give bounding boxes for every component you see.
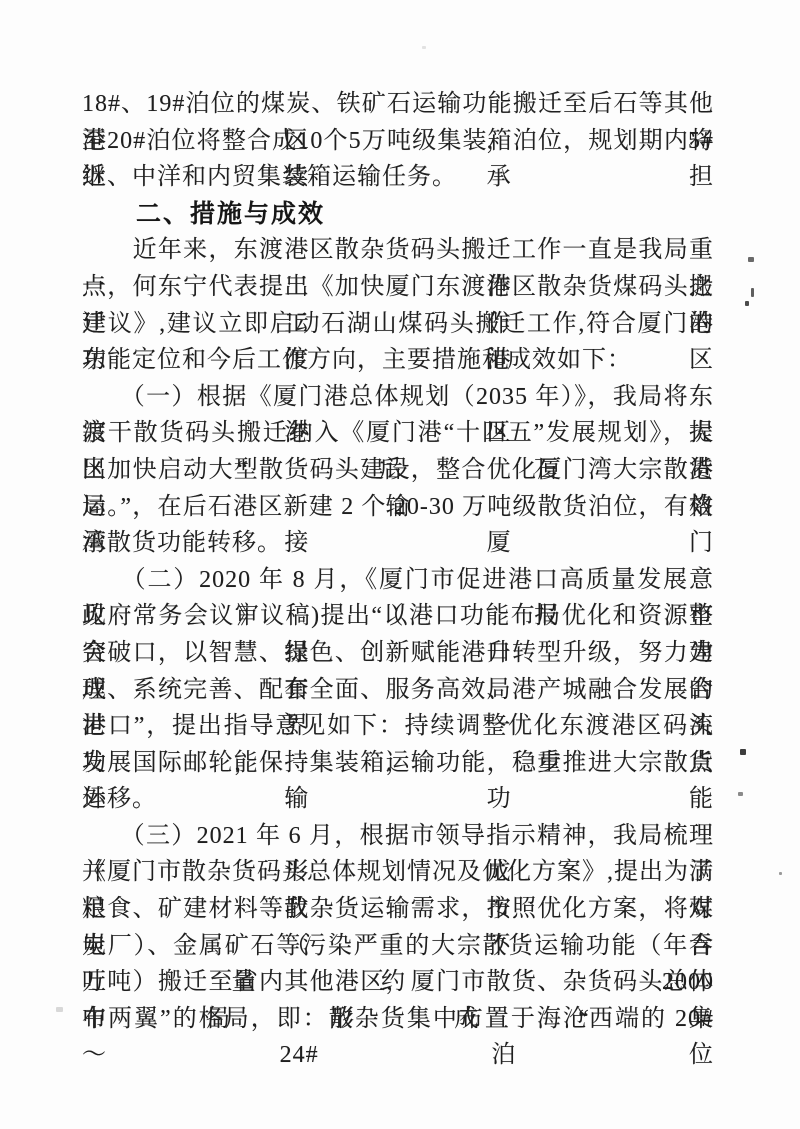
text-line: （三）2021 年 6 月，根据市领导指示精神，我局梳理并形成了	[82, 818, 714, 855]
text-line: 18#、19#泊位的煤炭、铁矿石运输功能搬迁至后石等其他港区，5#	[82, 86, 714, 123]
text-line: 发展国际邮轮，保持集装箱运输功能，稳步推进大宗散货运输功能	[82, 745, 714, 782]
scan-speck	[751, 288, 754, 297]
scan-speck	[748, 257, 754, 262]
text-line: 理、系统完善、配套全面、服务高效、港产城融合发展的世界一流	[82, 672, 714, 709]
text-line: 港口”，提出指导意见如下：持续调整优化东渡港区码头功能，重点	[82, 708, 714, 745]
text-line: 建议》,建议立即启动石湖山煤码头搬迁工作,符合厦门港东渡港区	[82, 306, 714, 343]
section-heading-text: 二、措施与成效	[82, 196, 714, 233]
scan-speck	[422, 46, 426, 49]
paragraph-item-1: （一）根据《厦门港总体规划（2035 年）》，我局将东渡港区大宗干散货码头搬迁纳…	[82, 379, 714, 562]
text-line: 功能定位和今后工作方向，主要措施和成效如下：	[82, 342, 714, 379]
paragraph-item-3: （三）2021 年 6 月，根据市领导指示精神，我局梳理并形成了《厦门市散杂货码…	[82, 818, 714, 1038]
text-line: 一，何东宁代表提出《加快厦门东渡港区散杂货煤码头搬迁工作的	[82, 269, 714, 306]
paragraph-continuation-berths: 18#、19#泊位的煤炭、铁矿石运输功能搬迁至后石等其他港区，5#至20#泊位将…	[82, 86, 714, 196]
text-line: 粮食、矿建材料等散杂货运输需求，按照优化方案，将煤炭（不含	[82, 891, 714, 928]
paragraph-intro: 近年来，东渡港区散杂货码头搬迁工作一直是我局重点工作之一，何东宁代表提出《加快厦…	[82, 232, 714, 378]
scan-speck	[745, 301, 749, 306]
text-line: 中两翼”的格局，即：散杂货集中布置于海沧西端的 20#～24#泊位	[82, 1001, 714, 1038]
scan-speck	[738, 792, 743, 796]
text-line: 万吨）搬迁至省内其他港区，厦门市散货、杂货码头总体布局形成“集	[82, 964, 714, 1001]
text-line: 宗干散货码头搬迁纳入《厦门港“十四五”发展规划》，提出“后石港	[82, 415, 714, 452]
text-line: 近年来，东渡港区散杂货码头搬迁工作一直是我局重点工作之	[82, 232, 714, 269]
document-body: 18#、19#泊位的煤炭、铁矿石运输功能搬迁至后石等其他港区，5#至20#泊位将…	[82, 86, 714, 1037]
scanned-page: 18#、19#泊位的煤炭、铁矿石运输功能搬迁至后石等其他港区，5#至20#泊位将…	[0, 0, 800, 1129]
text-line: 《厦门市散杂货码头总体规划情况及优化方案》,提出为满足我市对	[82, 854, 714, 891]
scan-speck	[779, 872, 782, 875]
text-line: （二）2020 年 8 月，《厦门市促进港口高质量发展意见》（报市	[82, 562, 714, 599]
text-line: 区加快启动大型散货码头建设，整合优化厦门湾大宗散货运输格	[82, 452, 714, 489]
text-line: 突破口，以智慧、绿色、创新赋能港口转型升级，努力建成布局合	[82, 635, 714, 672]
scan-speck	[740, 749, 746, 755]
text-line: 电厂）、金属矿石等污染严重的大宗散货运输功能（年吞吐量约 2000	[82, 928, 714, 965]
scan-speck	[56, 1007, 63, 1012]
text-line: 至20#泊位将整合成10个5万吨级集装箱泊位，规划期内将继续承担	[82, 123, 714, 160]
text-line: （一）根据《厦门港总体规划（2035 年）》，我局将东渡港区大	[82, 379, 714, 416]
paragraph-item-2: （二）2020 年 8 月，《厦门市促进港口高质量发展意见》（报市政府常务会议审…	[82, 562, 714, 818]
section-heading-measures: 二、措施与成效	[82, 196, 714, 233]
text-line: 政府常务会议审议稿)提出“以港口功能布局优化和资源整合提升为	[82, 598, 714, 635]
text-line: 局。”，在后石港区新建 2 个 20-30 万吨级散货泊位，有效承接厦门	[82, 489, 714, 526]
